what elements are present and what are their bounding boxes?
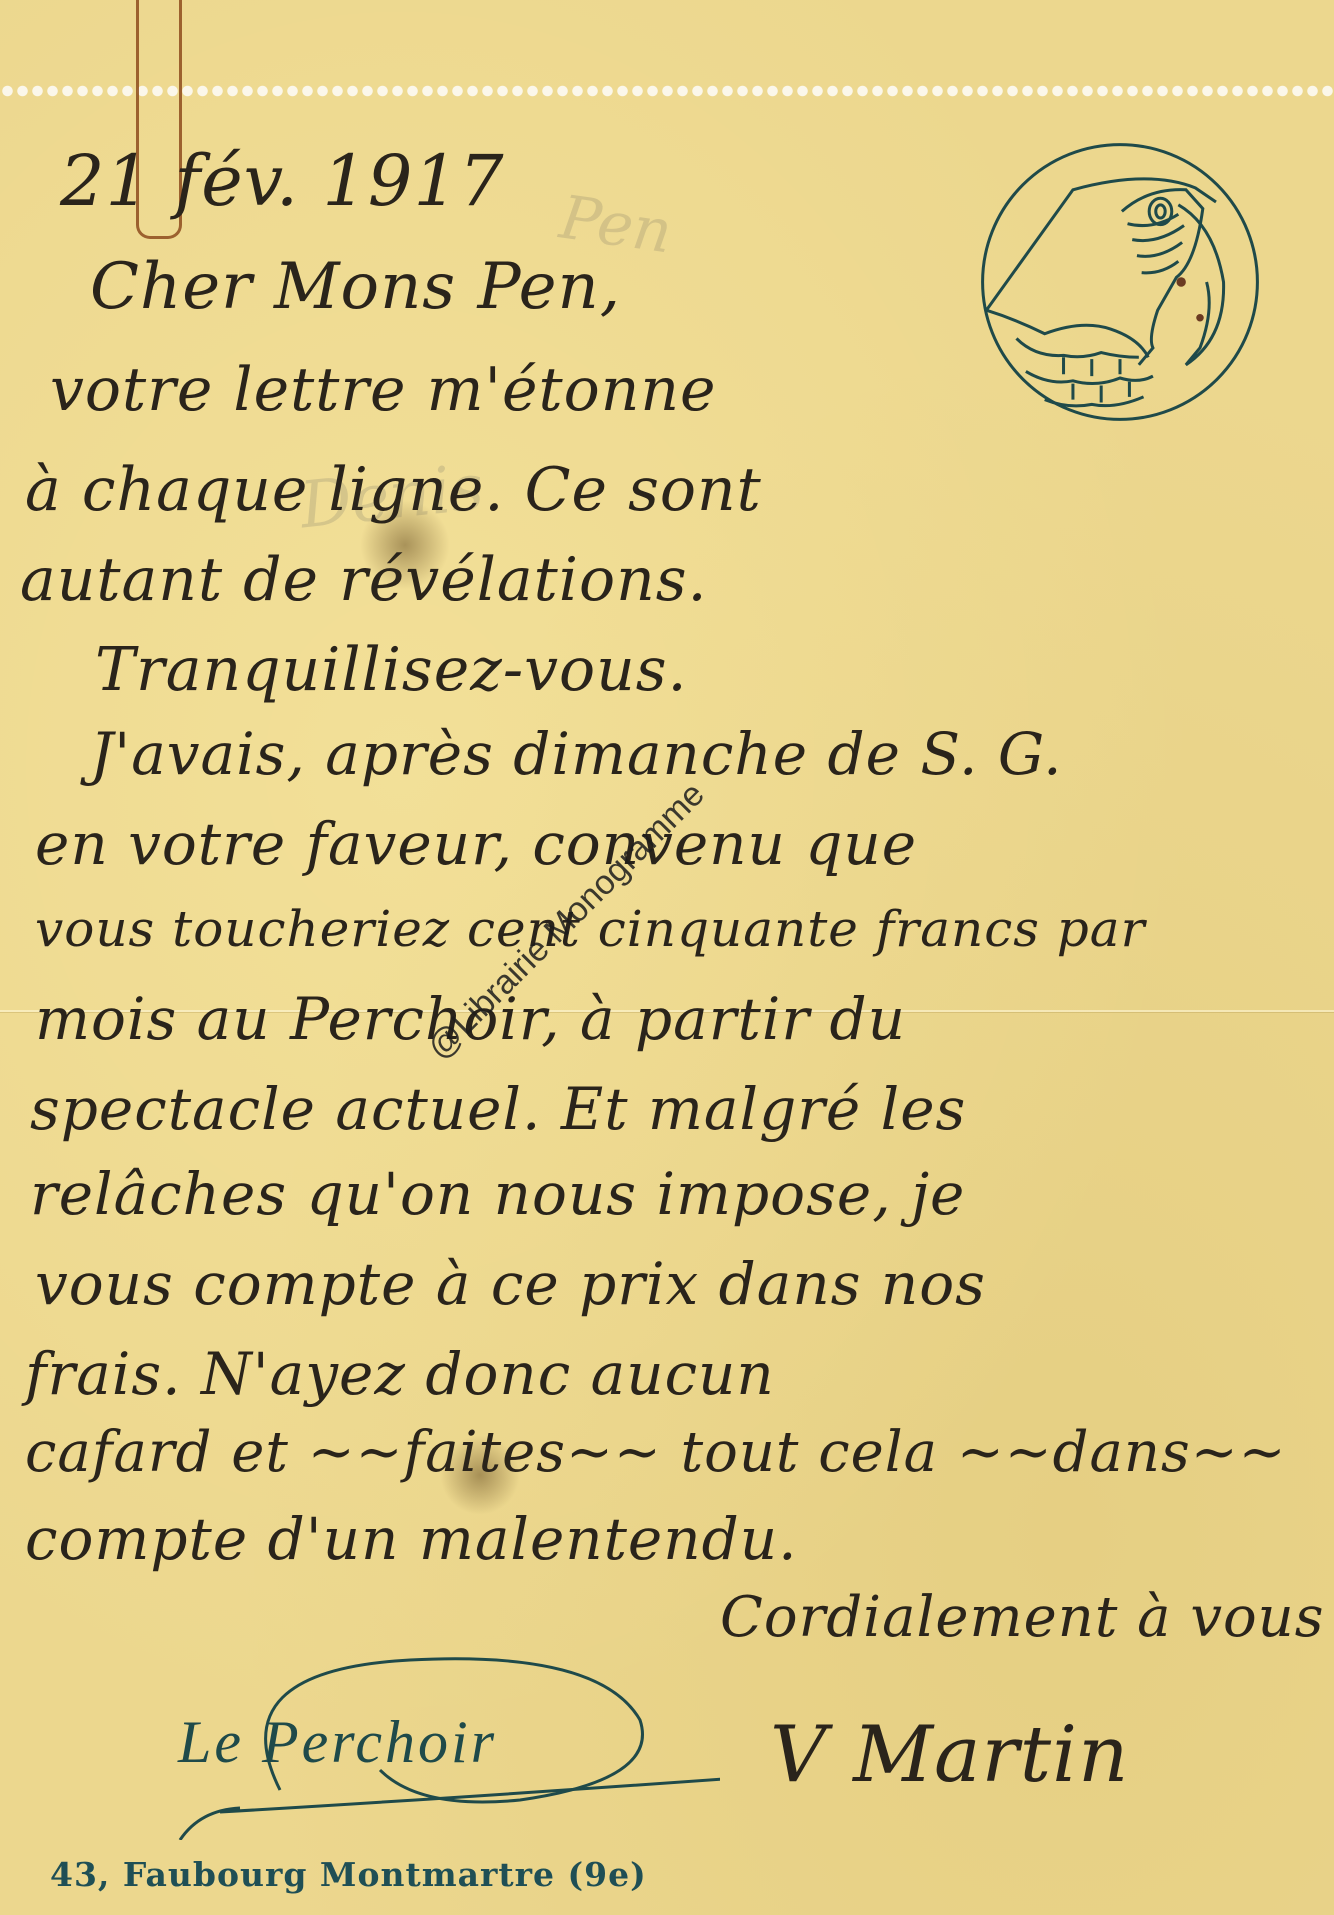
letter-line: à chaque ligne. Ce sont bbox=[25, 455, 762, 525]
letter-line: J'avais, après dimanche de S. G. bbox=[90, 720, 1063, 788]
letter-line: vous compte à ce prix dans nos bbox=[35, 1250, 986, 1318]
letter-closing: Cordialement à vous bbox=[720, 1585, 1324, 1650]
letter-line: autant de révélations. bbox=[20, 545, 708, 615]
letter-line: en votre faveur, convenu que bbox=[35, 810, 917, 878]
brand-name: Le Perchoir bbox=[178, 1708, 497, 1777]
letter-line: compte d'un malentendu. bbox=[25, 1505, 798, 1573]
letter-line: frais. N'ayez donc aucun bbox=[25, 1340, 775, 1408]
letter-line: relâches qu'on nous impose, je bbox=[30, 1160, 965, 1228]
letter-line: spectacle actuel. Et malgré les bbox=[30, 1075, 966, 1143]
letter-date: 21 fév. 1917 bbox=[60, 140, 505, 222]
letter-signature: V Martin bbox=[770, 1710, 1129, 1800]
letter-salutation: Cher Mons Pen, bbox=[90, 250, 621, 324]
letter-line: Tranquillisez-vous. bbox=[95, 635, 688, 705]
letter-line: cafard et ~~faites~~ tout cela ~~dans~~ bbox=[25, 1420, 1287, 1485]
perforation-edge bbox=[0, 84, 1334, 98]
parrot-head-emblem-icon bbox=[960, 122, 1280, 442]
letterhead-address: 43, Faubourg Montmartre (9e) bbox=[50, 1855, 647, 1894]
letter-line: votre lettre m'étonne bbox=[50, 355, 717, 425]
